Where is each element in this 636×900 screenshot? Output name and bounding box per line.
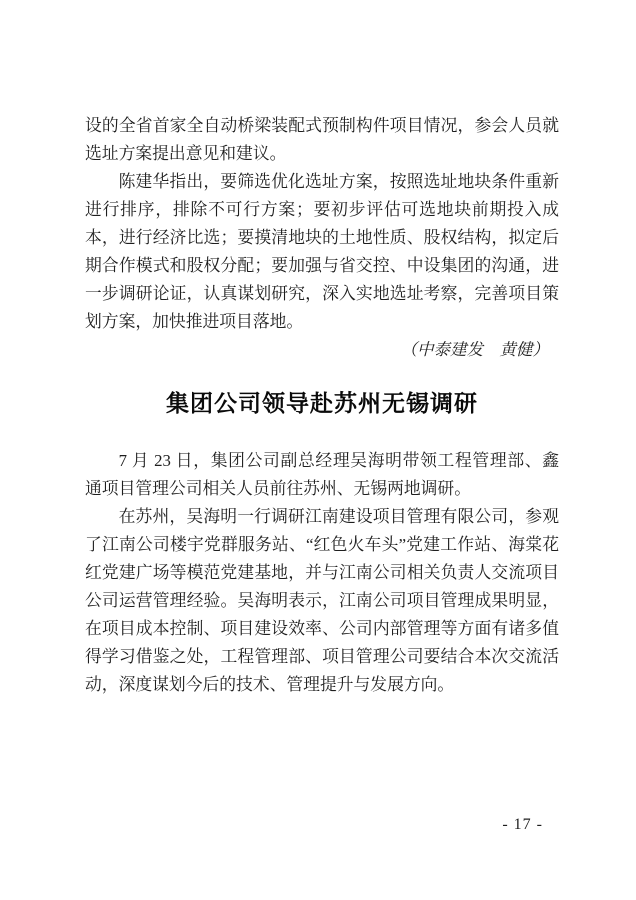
- paragraph-continued-from-previous-page: 设的全省首家全自动桥梁装配式预制构件项目情况，参会人员就选址方案提出意见和建议。: [85, 112, 559, 168]
- page-content: 设的全省首家全自动桥梁装配式预制构件项目情况，参会人员就选址方案提出意见和建议。…: [85, 112, 559, 699]
- article-byline: （中泰建发 黄健）: [85, 336, 559, 364]
- article-title: 集团公司领导赴苏州无锡调研: [85, 386, 559, 422]
- paragraph: 陈建华指出，要筛选优化选址方案，按照选址地块条件重新进行排序，排除不可行方案；要…: [85, 168, 559, 336]
- page-number: - 17 -: [502, 816, 543, 834]
- paragraph: 在苏州，吴海明一行调研江南建设项目管理有限公司，参观了江南公司楼宇党群服务站、“…: [85, 503, 559, 699]
- paragraph: 7 月 23 日，集团公司副总经理吴海明带领工程管理部、鑫通项目管理公司相关人员…: [85, 447, 559, 503]
- document-page: 设的全省首家全自动桥梁装配式预制构件项目情况，参会人员就选址方案提出意见和建议。…: [0, 0, 636, 900]
